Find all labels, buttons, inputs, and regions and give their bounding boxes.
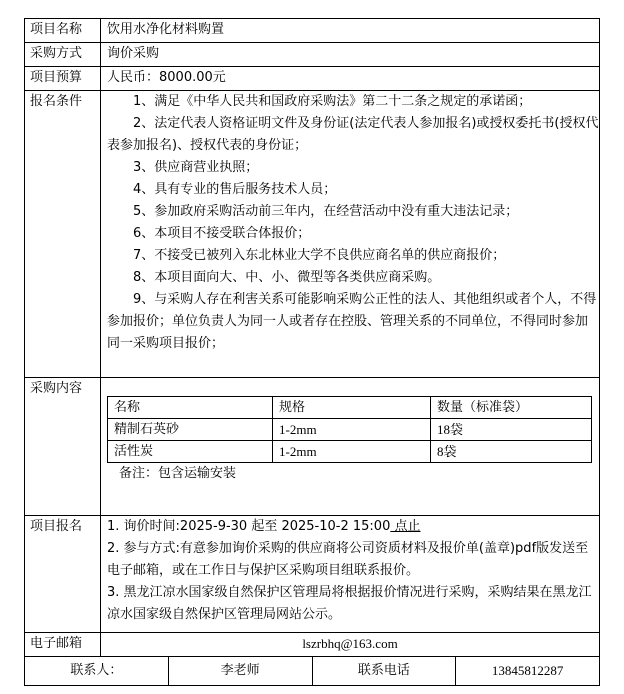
time-start: 2025-9-30	[180, 519, 247, 534]
item-spec: 1-2mm	[273, 419, 431, 441]
condition-item: 4、具有专业的售后服务技术人员；	[107, 179, 599, 201]
enroll-item-time: 1. 询价时间:2025-9-30 起至 2025-10-2 15:00 点止	[107, 516, 599, 538]
condition-item: 8、本项目面向大、中、小、微型等各类供应商采购。	[107, 267, 599, 289]
time-mid: 起至	[247, 519, 281, 534]
content-note: 备注：包含运输安装	[107, 463, 591, 485]
item-name: 活性炭	[108, 441, 273, 463]
time-suffix: 点止	[390, 519, 420, 534]
budget-label: 项目预算	[25, 67, 101, 91]
contact-person-label: 联系人：	[25, 657, 169, 686]
condition-item: 9、与采购人存在利害关系可能影响采购公正性的法人、其他组织或者个人，不得参加报价…	[107, 289, 599, 355]
row-conditions: 报名条件 1、满足《中华人民共和国政府采购法》第二十二条之规定的承诺函； 2、法…	[25, 91, 600, 378]
condition-item: 5、参加政府采购活动前三年内，在经营活动中没有重大违法记录；	[107, 201, 599, 223]
header-name: 名称	[108, 397, 273, 419]
project-name-label: 项目名称	[25, 19, 101, 43]
time-end: 2025-10-2 15:00	[281, 519, 390, 534]
row-project-name: 项目名称 饮用水净化材料购置	[25, 19, 600, 43]
content-label: 采购内容	[25, 378, 101, 516]
header-quantity: 数量（标准袋）	[431, 397, 592, 419]
contact-table: 联系人： 李老师 联系电话 13845812287	[24, 656, 600, 686]
procurement-notice: 项目名称 饮用水净化材料购置 采购方式 询价采购 项目预算 人民币：8000.0…	[24, 18, 600, 686]
row-content: 采购内容 名称 规格 数量（标准袋） 精制石英砂 1-2mm 18袋	[25, 378, 600, 516]
conditions-list: 1、满足《中华人民共和国政府采购法》第二十二条之规定的承诺函； 2、法定代表人资…	[101, 91, 600, 378]
items-table: 名称 规格 数量（标准袋） 精制石英砂 1-2mm 18袋 活性炭 1-2mm …	[107, 396, 592, 463]
table-row: 精制石英砂 1-2mm 18袋	[108, 419, 592, 441]
notice-table: 项目名称 饮用水净化材料购置 采购方式 询价采购 项目预算 人民币：8000.0…	[24, 18, 600, 657]
row-contact: 联系人： 李老师 联系电话 13845812287	[25, 657, 600, 686]
enroll-item-result: 3. 黑龙江凉水国家级自然保护区管理局将根据报价情况进行采购，采购结果在黑龙江凉…	[107, 582, 599, 626]
project-name-value: 饮用水净化材料购置	[101, 19, 600, 43]
content-cell: 名称 规格 数量（标准袋） 精制石英砂 1-2mm 18袋 活性炭 1-2mm …	[101, 378, 600, 516]
item-name: 精制石英砂	[108, 419, 273, 441]
row-enroll: 项目报名 1. 询价时间:2025-9-30 起至 2025-10-2 15:0…	[25, 516, 600, 633]
row-procurement-method: 采购方式 询价采购	[25, 43, 600, 67]
header-spec: 规格	[273, 397, 431, 419]
enroll-details: 1. 询价时间:2025-9-30 起至 2025-10-2 15:00 点止 …	[101, 516, 600, 633]
condition-item: 3、供应商营业执照；	[107, 157, 599, 179]
item-quantity: 8袋	[431, 441, 592, 463]
email-label: 电子邮箱	[25, 633, 101, 657]
item-spec: 1-2mm	[273, 441, 431, 463]
email-value[interactable]: lszrbhq@163.com	[101, 633, 600, 657]
condition-item: 6、本项目不接受联合体报价；	[107, 223, 599, 245]
procurement-method-label: 采购方式	[25, 43, 101, 67]
condition-item: 7、不接受已被列入东北林业大学不良供应商名单的供应商报价；	[107, 245, 599, 267]
conditions-label: 报名条件	[25, 91, 101, 378]
contact-phone-label: 联系电话	[312, 657, 456, 686]
row-email: 电子邮箱 lszrbhq@163.com	[25, 633, 600, 657]
item-quantity: 18袋	[431, 419, 592, 441]
condition-item: 1、满足《中华人民共和国政府采购法》第二十二条之规定的承诺函；	[107, 91, 599, 113]
enroll-label: 项目报名	[25, 516, 101, 633]
contact-phone-value: 13845812287	[456, 657, 600, 686]
contact-person-value: 李老师	[168, 657, 312, 686]
row-budget: 项目预算 人民币：8000.00元	[25, 67, 600, 91]
items-table-header: 名称 规格 数量（标准袋）	[108, 397, 592, 419]
procurement-method-value: 询价采购	[101, 43, 600, 67]
time-prefix: 1. 询价时间:	[107, 519, 180, 534]
condition-item: 2、法定代表人资格证明文件及身份证(法定代表人参加报名)或授权委托书(授权代表参…	[107, 113, 599, 157]
budget-value: 人民币：8000.00元	[101, 67, 600, 91]
enroll-item-method: 2. 参与方式:有意参加询价采购的供应商将公司资质材料及报价单(盖章)pdf版发…	[107, 538, 599, 582]
table-row: 活性炭 1-2mm 8袋	[108, 441, 592, 463]
